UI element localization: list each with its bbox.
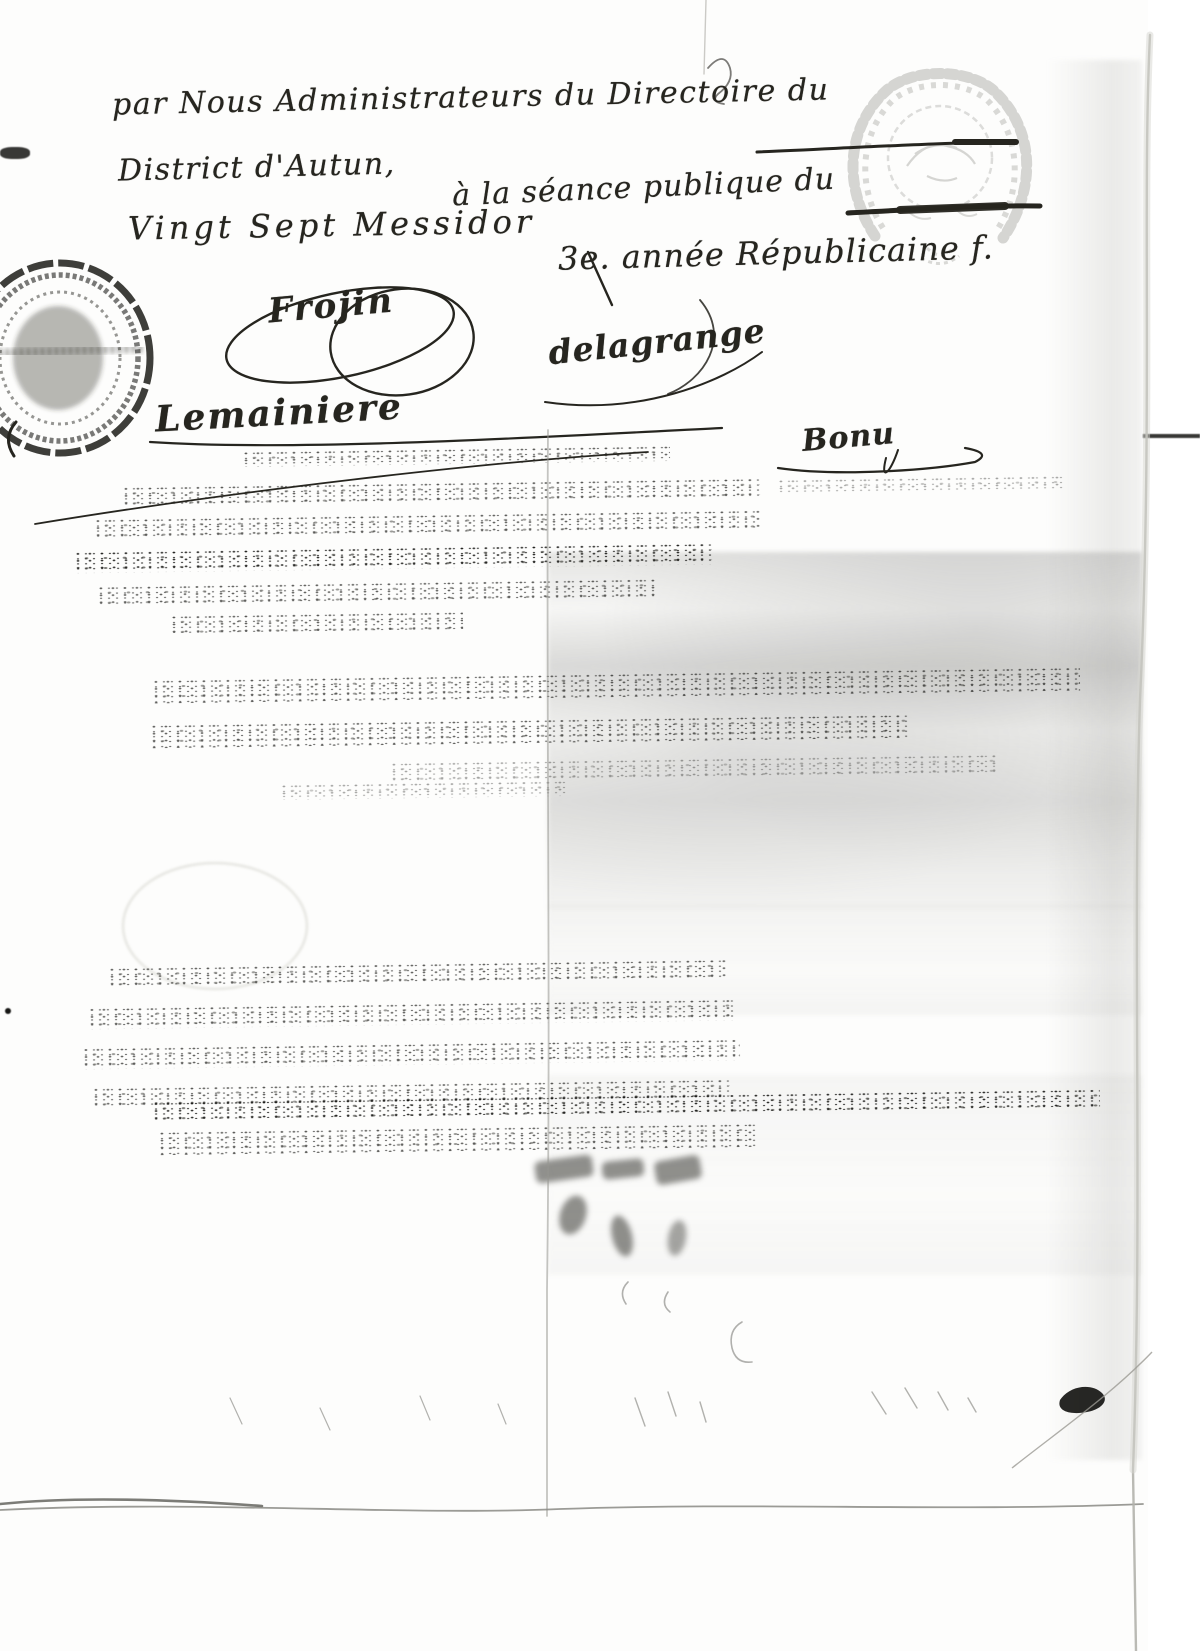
signature-lemainiere: Lemainiere (154, 386, 404, 441)
signature-frojin: Frojin (266, 281, 395, 332)
signature-delagrange: delagrange (547, 311, 768, 373)
bleedthrough-line (278, 779, 568, 800)
handwritten-line-3a: Vingt Sept Messidor (128, 202, 536, 247)
bleedthrough-line (92, 508, 760, 538)
district-seal-stamp (0, 258, 158, 458)
signature-bonu: Bonu (801, 416, 897, 459)
edge-ink-dot (5, 1008, 11, 1014)
edge-dark-line (1143, 434, 1200, 438)
bleedthrough-line (240, 444, 670, 467)
edge-ink-mark (0, 147, 30, 159)
handwritten-line-2a: District d'Autun, (118, 146, 396, 188)
bleedthrough-line (120, 477, 760, 507)
bleedthrough-line (86, 997, 736, 1029)
bleedthrough-line (80, 1037, 740, 1069)
bleedthrough-line (775, 474, 1065, 493)
handwritten-line-1: par Nous Administrateurs du Directoire d… (112, 72, 830, 122)
scanned-document: par Nous Administrateurs du Directoire d… (0, 0, 1200, 1651)
paper-sheet: par Nous Administrateurs du Directoire d… (0, 0, 1148, 1651)
edge-shading (1046, 60, 1142, 1460)
bleedthrough-line (168, 610, 463, 633)
